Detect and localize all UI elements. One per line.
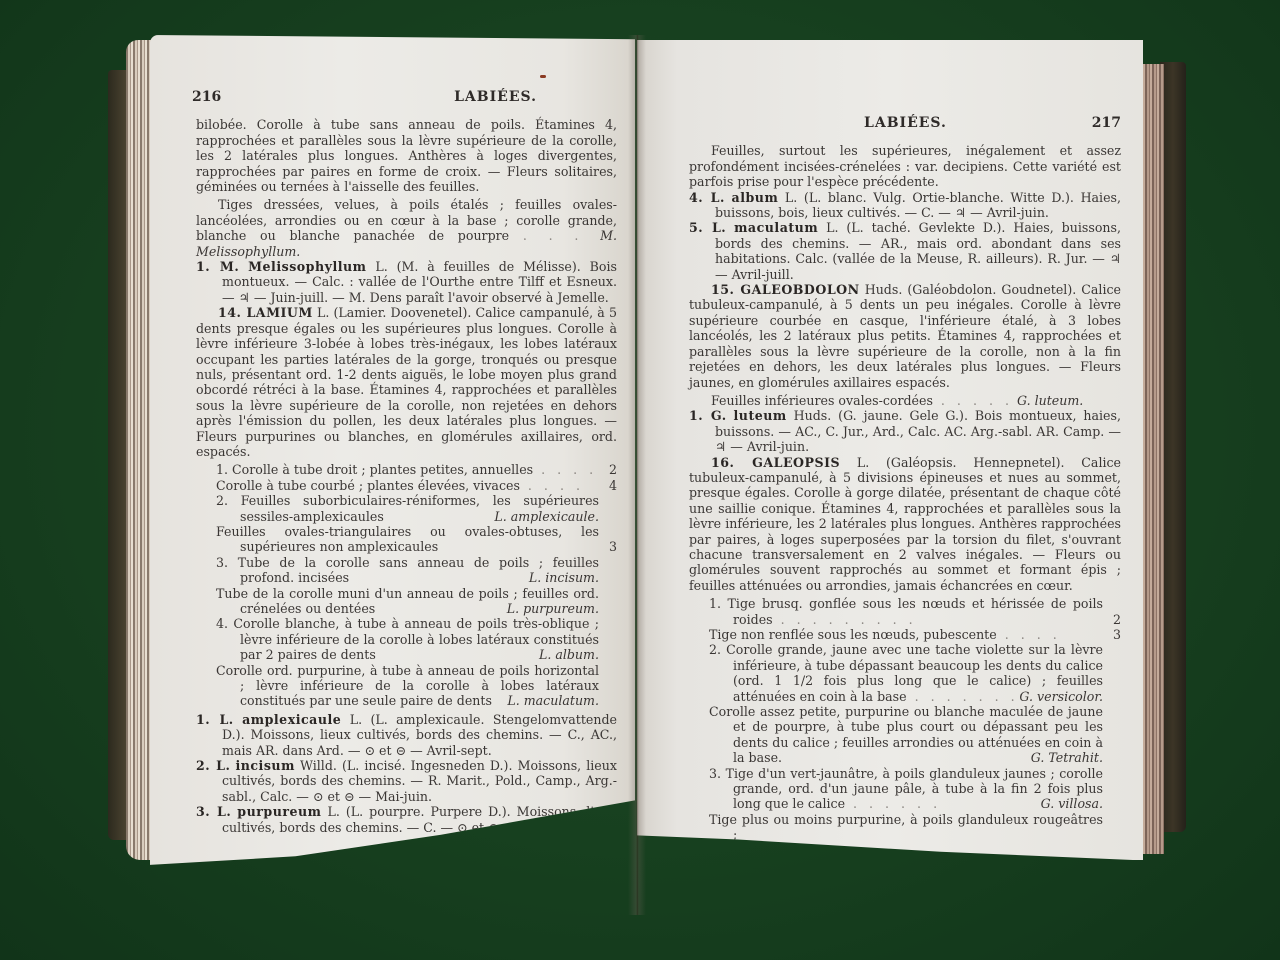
ink-mark xyxy=(540,75,546,78)
species-entry: 1. G. luteum Huds. (G. jaune. Gele G.). … xyxy=(689,408,1121,454)
key-result: L. amplexicaule. xyxy=(494,509,599,524)
key-entry: 2. Feuilles suborbiculaires-réniformes, … xyxy=(196,493,617,524)
genus-lamium: 14. LAMIUM L. (Lamier. Doovenetel). Cali… xyxy=(196,305,617,459)
variety-note: Feuilles, surtout les supérieures, inéga… xyxy=(689,143,1121,189)
left-page-number: 216 xyxy=(192,90,221,105)
species-number: 5. L. xyxy=(689,220,726,235)
left-paragraph-continuation: bilobée. Corolle à tube sans anneau de p… xyxy=(196,117,617,194)
left-page: 216 LABIÉES. bilobée. Corolle à tube san… xyxy=(150,35,635,895)
key-entry: 2. Corolle grande, jaune avec une tache … xyxy=(689,642,1121,704)
genus-galeobdolon: 15. GALEOBDOLON Huds. (Galéobdolon. Goud… xyxy=(689,282,1121,390)
species-number: 3. L. xyxy=(196,804,231,819)
key-num: 1. xyxy=(709,596,721,611)
key-num: 1. xyxy=(216,462,228,477)
species-number: 2. L. xyxy=(196,758,230,773)
species-entry: 2. L. incisum Willd. (L. incisé. Ingesne… xyxy=(196,758,617,804)
species-number: 1. M. xyxy=(196,259,239,274)
species-melissophyllum: 1. M. Melissophyllum L. (M. à feuilles d… xyxy=(196,259,617,305)
melittis-key: Tiges dressées, velues, à poils étalés ;… xyxy=(196,197,617,259)
key-result: 2 xyxy=(1113,612,1121,627)
right-running-title: LABIÉES. xyxy=(864,116,947,131)
key-entry: 3. Tige d'un vert-jaunâtre, à poils glan… xyxy=(689,766,1121,812)
key-num: 4. xyxy=(216,616,228,631)
species-number: 4. L. xyxy=(689,190,725,205)
key-entry: 3. Tube de la corolle sans anneau de poi… xyxy=(196,555,617,586)
genus-heading: 15. GALEOBDOLON xyxy=(711,282,860,297)
book-gutter xyxy=(628,35,646,915)
key-entry: Tige plus ou moins purpurine, à poils gl… xyxy=(689,812,1121,843)
genus-galeopsis: 16. GALEOPSIS L. (Galéopsis. Hennepnetel… xyxy=(689,455,1121,594)
species-name: purpureum xyxy=(237,804,321,819)
key-num: 2. xyxy=(709,642,721,657)
species-name: luteum xyxy=(734,408,787,423)
leader-dots: . . . . xyxy=(520,478,584,493)
leader-dots: . . . . . xyxy=(933,393,1013,408)
species-name: incisum xyxy=(235,758,294,773)
leader-dots: . . . . . . . xyxy=(907,689,1019,704)
lamium-key: 1. Corolle à tube droit ; plantes petite… xyxy=(196,462,617,709)
species-name: Melissophyllum xyxy=(248,259,366,274)
species-name: album xyxy=(732,190,779,205)
key-entry: 1. Corolle à tube droit ; plantes petite… xyxy=(196,462,617,477)
key-entry: Tube de la corolle muni d'un anneau de p… xyxy=(196,586,617,617)
key-result: G. luteum. xyxy=(1017,393,1083,408)
galeobdolon-key: Feuilles inférieures ovales-cordées . . … xyxy=(689,393,1121,408)
left-running-title: LABIÉES. xyxy=(454,90,537,105)
species-name: amplexicaule xyxy=(242,712,341,727)
key-entry: Feuilles ovales-triangulaires ou ovales-… xyxy=(196,524,617,555)
genus-heading: 14. LAMIUM xyxy=(218,305,313,320)
leader-dots: . . . . xyxy=(533,462,597,477)
key-text: Tige non renflée sous les nœuds, pubesce… xyxy=(709,627,997,642)
leader-dots: . . . . xyxy=(997,627,1061,642)
key-num: 3. xyxy=(709,766,721,781)
species-number: 1. G. xyxy=(689,408,727,423)
key-num: 3. xyxy=(216,555,228,570)
key-text: Feuilles inférieures ovales-cordées xyxy=(711,393,933,408)
key-result: G. Tetrahit. xyxy=(1031,750,1103,765)
genus-description: L. (Galéopsis. Hennepnetel). Calice tubu… xyxy=(689,455,1121,593)
species-entry: 4. L. album L. (L. blanc. Vulg. Ortie-bl… xyxy=(689,190,1121,221)
right-page-number: 217 xyxy=(1092,116,1121,131)
key-result: L. purpureum. xyxy=(507,601,599,616)
key-num: 2. xyxy=(216,493,228,508)
page-edges-left xyxy=(126,40,154,860)
key-text: Corolle à tube droit ; plantes petites, … xyxy=(232,462,533,477)
open-book: 216 LABIÉES. bilobée. Corolle à tube san… xyxy=(0,0,1280,960)
key-result: 3 xyxy=(1113,627,1121,642)
key-result: L. maculatum. xyxy=(507,693,599,708)
key-result: 4 xyxy=(609,478,617,493)
species-name: maculatum xyxy=(734,220,818,235)
species-entry: 1. L. amplexicaule L. (L. amplexicaule. … xyxy=(196,712,617,758)
species-entry: 5. L. maculatum L. (L. taché. Gevlekte D… xyxy=(689,220,1121,282)
key-entry: Tige non renflée sous les nœuds, pubesce… xyxy=(689,627,1121,642)
genus-description: L. (Lamier. Doovenetel). Calice campanul… xyxy=(196,305,617,459)
key-entry: 1. Tige brusq. gonflée sous les nœuds et… xyxy=(689,596,1121,627)
leader-dots: . . . . . . . . . xyxy=(773,612,917,627)
right-running-head: LABIÉES. 217 xyxy=(864,116,1121,131)
key-result: L. album. xyxy=(539,647,599,662)
leader-dots: . . . xyxy=(523,228,600,243)
key-entry: 4. Corolle blanche, à tube à anneau de p… xyxy=(196,616,617,662)
species-entry: 3. L. purpureum L. (L. pourpre. Purpere … xyxy=(196,804,617,835)
key-entry: Corolle ord. purpurine, à tube à anneau … xyxy=(196,663,617,709)
key-result: G. villosa. xyxy=(1041,796,1103,811)
key-text: Tige plus ou moins purpurine, à poils gl… xyxy=(709,812,1103,842)
genus-description: Huds. (Galéobdolon. Goudnetel). Calice t… xyxy=(689,282,1121,389)
key-entry: Corolle assez petite, purpurine ou blanc… xyxy=(689,704,1121,766)
key-entry: Corolle à tube courbé ; plantes élevées,… xyxy=(196,478,617,493)
left-running-head: 216 LABIÉES. xyxy=(192,90,537,105)
key-result: 2 xyxy=(609,462,617,477)
key-text: Feuilles ovales-triangulaires ou ovales-… xyxy=(216,524,599,554)
key-result: L. incisum. xyxy=(529,570,599,585)
galeopsis-key: 1. Tige brusq. gonflée sous les nœuds et… xyxy=(689,596,1121,843)
key-result: 3 xyxy=(609,539,617,554)
right-page: LABIÉES. 217 Feuilles, surtout les supér… xyxy=(637,40,1143,860)
key-result: G. versicolor. xyxy=(1019,689,1103,704)
genus-heading: 16. GALEOPSIS xyxy=(711,455,840,470)
key-text: Corolle à tube courbé ; plantes élevées,… xyxy=(216,478,520,493)
leader-dots: . . . . . . xyxy=(845,796,941,811)
species-number: 1. L. xyxy=(196,712,234,727)
